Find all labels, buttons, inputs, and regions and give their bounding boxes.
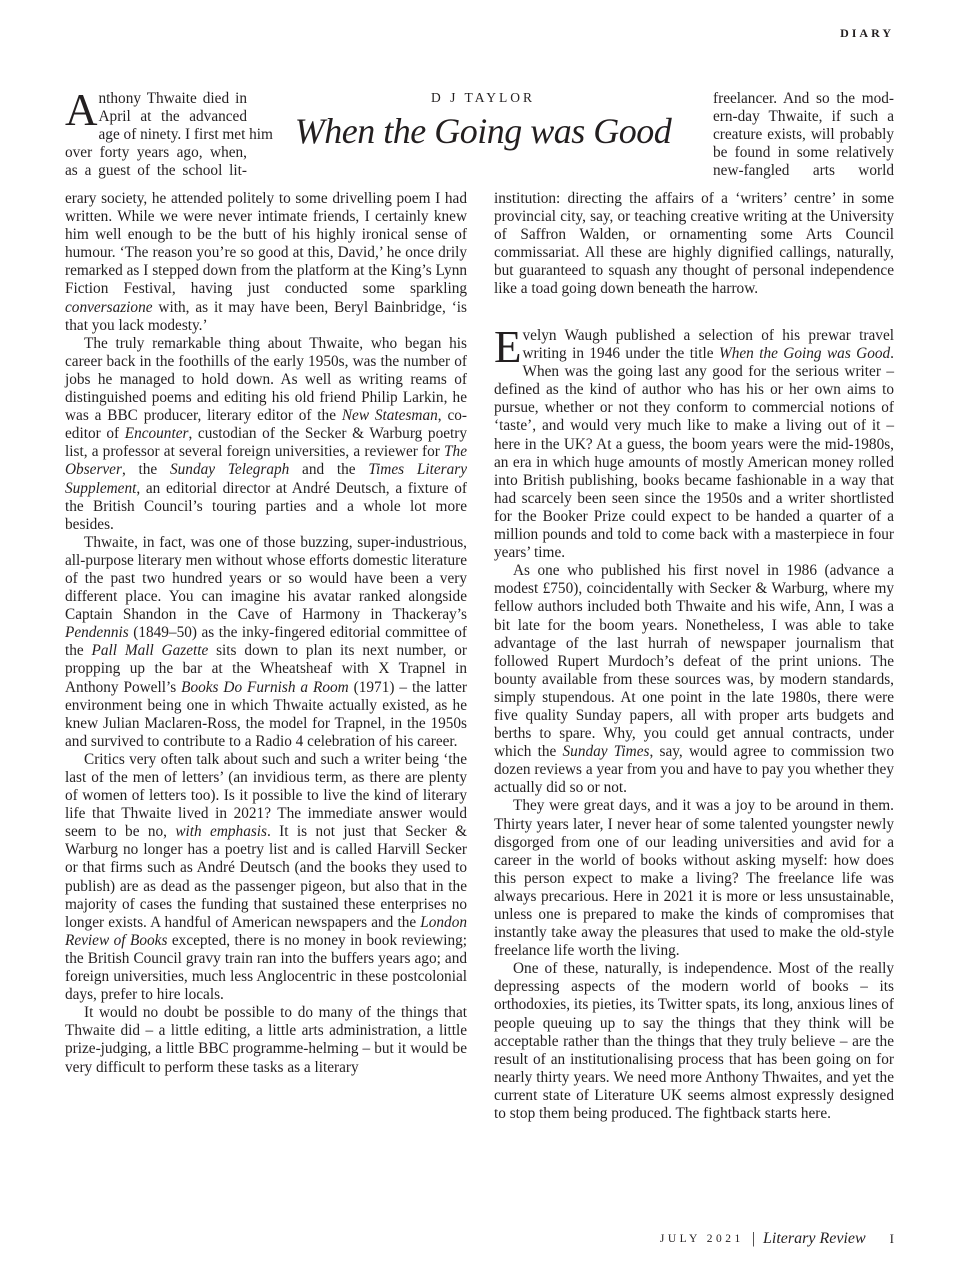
intro-line: new-fangled arts world	[713, 162, 894, 180]
intro-line: over forty years ago, when,	[65, 144, 247, 162]
intro-line: as a guest of the school lit-	[65, 162, 247, 180]
dropcap-e: E	[494, 329, 522, 364]
intro-line: ern-day Thwaite, if such a	[713, 108, 894, 126]
paragraph: As one who published his first novel in …	[494, 562, 894, 797]
paragraph: One of these, naturally, is independence…	[494, 960, 894, 1123]
left-intro: A nthony Thwaite died in April at the ad…	[65, 90, 247, 180]
paragraph: It would no doubt be possible to do many…	[65, 1004, 467, 1076]
intro-line: be found in some relatively	[713, 144, 894, 162]
footer-separator: |	[752, 1230, 755, 1248]
paragraph: Evelyn Waugh published a selection of hi…	[494, 327, 894, 562]
left-column: erary society, he attended politely to s…	[65, 190, 467, 1077]
page-number: I	[890, 1231, 894, 1247]
page-footer: JULY 2021 | Literary Review I	[660, 1230, 894, 1248]
right-column-section-2: Evelyn Waugh published a selection of hi…	[494, 327, 894, 1123]
paragraph: They were great days, and it was a joy t…	[494, 797, 894, 960]
right-intro: freelancer. And so the mod- ern-day Thwa…	[713, 90, 894, 180]
byline: D J TAYLOR	[300, 90, 666, 106]
dropcap-a: A	[65, 92, 98, 127]
right-column-top: institution: directing the affairs of a …	[494, 190, 894, 299]
paragraph: The truly remarkable thing about Thwaite…	[65, 335, 467, 534]
section-label: DIARY	[840, 26, 894, 41]
paragraph: Critics very often talk about such and s…	[65, 751, 467, 1004]
paragraph: erary society, he attended politely to s…	[65, 190, 467, 335]
intro-line: creature exists, will probably	[713, 126, 894, 144]
paragraph: Thwaite, in fact, was one of those buzzi…	[65, 534, 467, 751]
issue-date: JULY 2021	[660, 1233, 744, 1245]
intro-line: freelancer. And so the mod-	[713, 90, 894, 108]
magazine-name: Literary Review	[763, 1230, 866, 1248]
article-title: When the Going was Good	[290, 112, 676, 152]
paragraph: institution: directing the affairs of a …	[494, 190, 894, 299]
